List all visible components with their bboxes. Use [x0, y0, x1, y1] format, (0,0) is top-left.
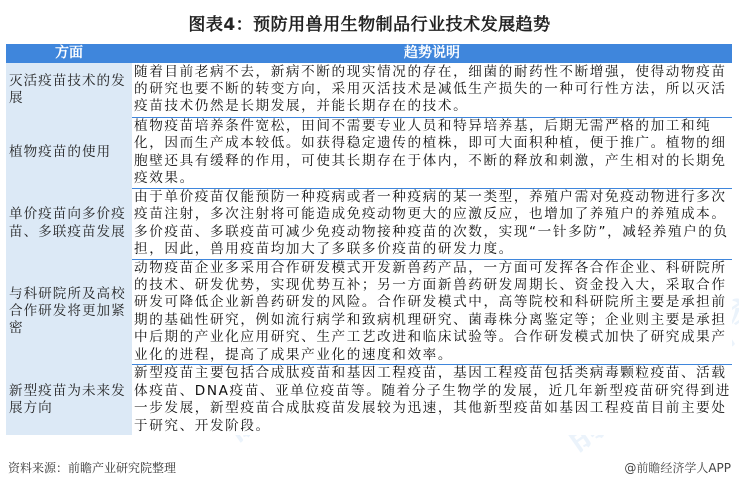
header-description: 趋势说明 [132, 44, 732, 63]
row-description: 由于单价疫苗仅能预防一种疫病或者一种疫病的某一类型，养殖户需对免疫动物进行多次疫… [132, 188, 732, 259]
row-description: 植物疫苗培养条件宽松，田间不需要专业人员和特异培养基，后期无需严格的加工和纯化，… [132, 117, 732, 188]
table-row: 单价疫苗向多价疫苗、多联疫苗发展 由于单价疫苗仅能预防一种疫病或者一种疫病的某一… [6, 188, 732, 259]
row-aspect: 植物疫苗的使用 [6, 117, 132, 188]
credit-label: @前瞻经济学人APP [624, 459, 731, 476]
table-row: 与科研院所及高校合作研发将更加紧密 动物疫苗企业多采用合作研发模式开发新兽药产品… [6, 259, 732, 364]
title-text: ：预防用兽用生物制品行业技术发展趋势 [236, 15, 551, 35]
row-description: 动物疫苗企业多采用合作研发模式开发新兽药产品，一方面可发挥各合作企业、科研院所的… [132, 259, 732, 364]
row-aspect: 新型疫苗为未来发展方向 [6, 364, 132, 435]
figure-title: 图表4：预防用兽用生物制品行业技术发展趋势 [0, 10, 739, 35]
header-aspect: 方面 [6, 44, 132, 63]
table-row: 新型疫苗为未来发展方向 新型疫苗主要包括合成肽疫苗和基因工程疫苗，基因工程疫苗包… [6, 364, 732, 435]
row-description: 随着目前老病不去，新病不断的现实情况的存在，细菌的耐药性不断增强，使得动物疫苗的… [132, 63, 732, 117]
table-row: 灭活疫苗技术的发展 随着目前老病不去，新病不断的现实情况的存在，细菌的耐药性不断… [6, 63, 732, 117]
row-aspect: 与科研院所及高校合作研发将更加紧密 [6, 259, 132, 364]
source-note: 资料来源：前瞻产业研究院整理 [8, 459, 176, 476]
table-header-row: 方面 趋势说明 [6, 44, 732, 63]
row-description: 新型疫苗主要包括合成肽疫苗和基因工程疫苗，基因工程疫苗包括类病毒颗粒疫苗、活载体… [132, 364, 732, 435]
row-aspect: 灭活疫苗技术的发展 [6, 63, 132, 117]
title-number: 4 [223, 15, 235, 35]
title-prefix: 图表 [188, 15, 223, 35]
table-row: 植物疫苗的使用 植物疫苗培养条件宽松，田间不需要专业人员和特异培养基，后期无需严… [6, 117, 732, 188]
trend-table: 方面 趋势说明 灭活疫苗技术的发展 随着目前老病不去，新病不断的现实情况的存在，… [6, 44, 732, 435]
row-aspect: 单价疫苗向多价疫苗、多联疫苗发展 [6, 188, 132, 259]
